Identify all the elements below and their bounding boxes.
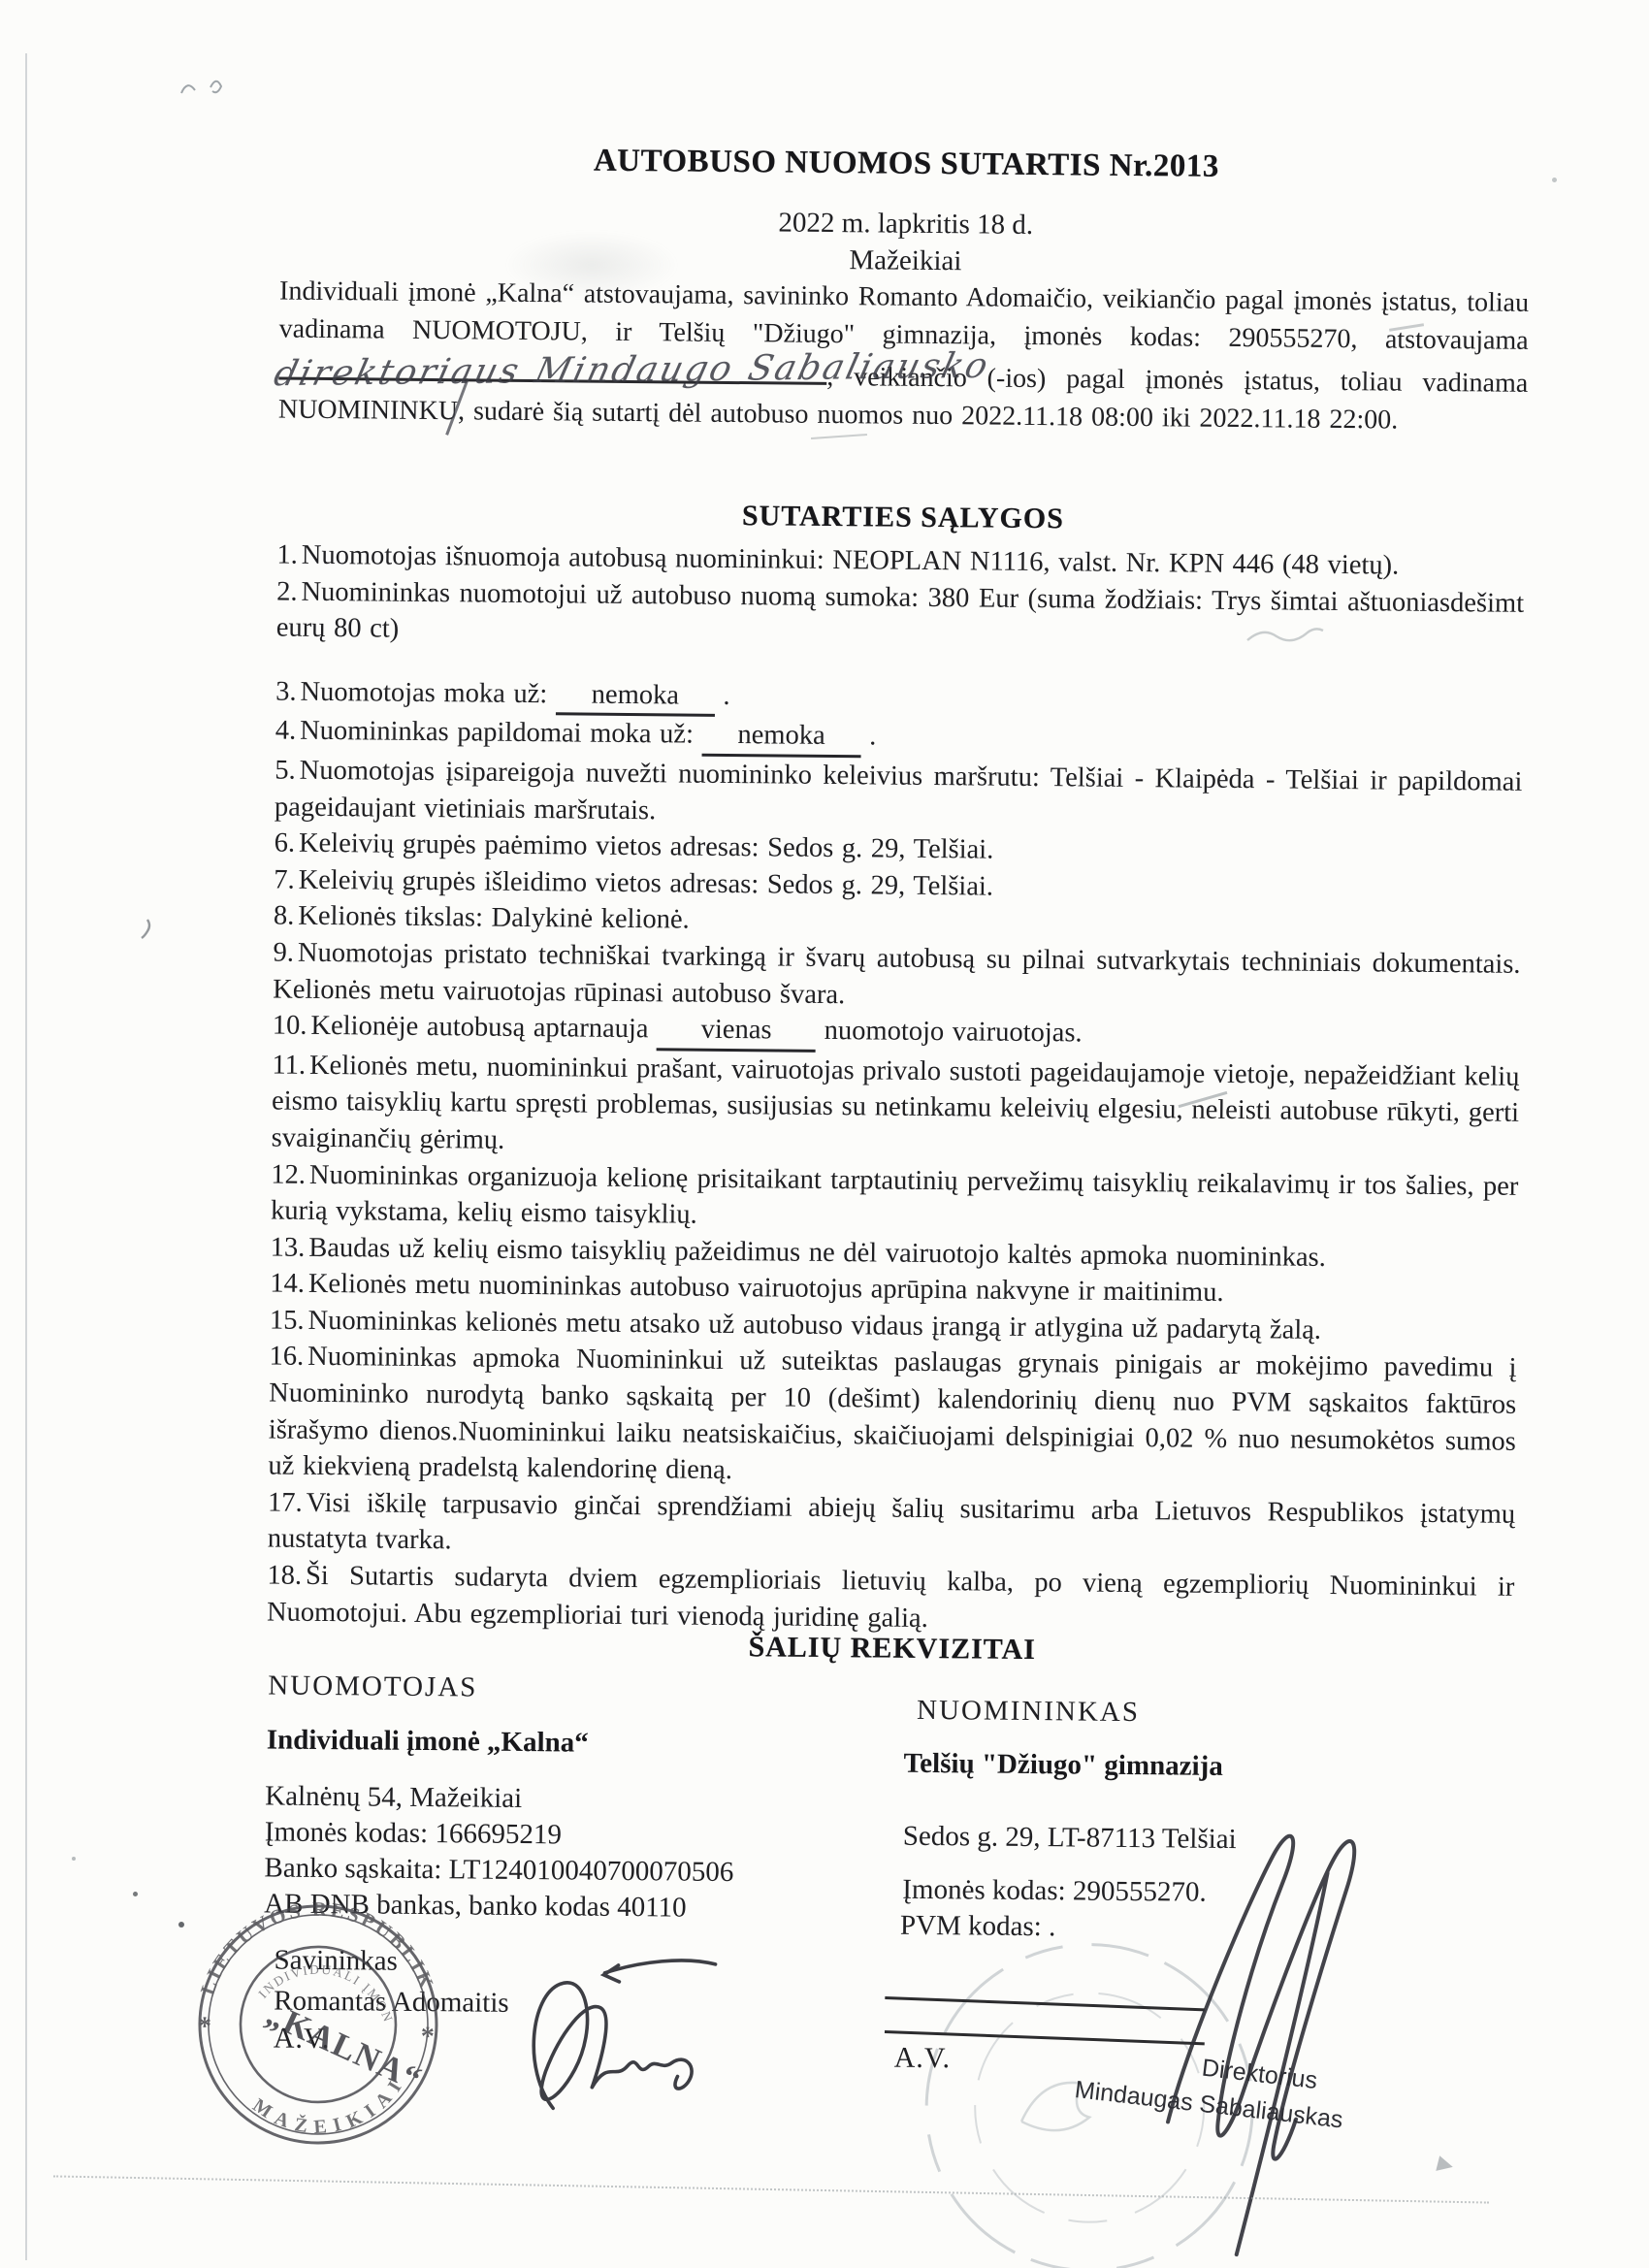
clause-11: 11.Kelionės metu, nuomininkui prašant, v… <box>272 1047 1520 1168</box>
clause-number: 18. <box>267 1560 302 1590</box>
intro-paragraph: Individuali įmonė „Kalna“ atstovaujama, … <box>278 273 1529 440</box>
blank-value: nemoka <box>592 679 680 710</box>
clause-number: 11. <box>272 1050 306 1080</box>
clause-text: Kelionėje autobusą aptarnauja <box>310 1011 648 1044</box>
contract-title: AUTOBUSO NUOMOS SUTARTIS Nr.2013 <box>280 141 1532 188</box>
clause-text: Ši Sutartis sudaryta dviem egzemplioriai… <box>267 1561 1515 1634</box>
pencil-scribble-mid <box>1244 621 1327 648</box>
clause-5: 5.Nuomotojas įsipareigoja nuvežti nuomin… <box>275 752 1523 837</box>
clause-text-after: nuomotojo vairuotojas. <box>824 1016 1083 1049</box>
lessor-role-label: NUOMOTOJAS <box>268 1669 477 1703</box>
clause-text: Kelionės tikslas: Dalykinė kelionė. <box>298 901 690 935</box>
filled-blank: nemoka <box>701 717 860 758</box>
clause-text: Nuomotojas moka už: <box>300 677 547 709</box>
clause-text: Visi iškilę tarpusavio ginčai sprendžiam… <box>268 1488 1516 1556</box>
lessor-company-code: Įmonės kodas: 166695219 <box>265 1816 562 1851</box>
handwritten-representative-name: direktoriaus Mindaugo Sabaliausko <box>271 347 994 393</box>
clause-number: 9. <box>273 937 294 967</box>
clause-text-after: . <box>869 722 876 752</box>
stamp-ring-top-text: LIETUVOS RESPUBLIK <box>195 1897 439 2000</box>
lessor-address: Kalnėnų 54, Mažeikiai <box>265 1780 522 1815</box>
blank-value: vienas <box>701 1015 772 1046</box>
clause-number: 6. <box>275 828 296 859</box>
clause-number: 16. <box>269 1342 304 1372</box>
lessor-round-stamp: LIETUVOS RESPUBLIK MAŽEIKIAI INDIVIDUALI… <box>191 1897 445 2152</box>
clause-text: Keleivių grupės paėmimo vietos adresas: … <box>299 828 994 865</box>
clause-number: 15. <box>270 1305 305 1335</box>
clause-number: 13. <box>271 1232 306 1262</box>
contract-date: 2022 m. lapkritis 18 d. <box>280 203 1532 246</box>
scan-smudge <box>504 231 679 299</box>
clause-17: 17.Visi iškilę tarpusavio ginčai sprendž… <box>268 1484 1516 1570</box>
clause-text: Keleivių grupės išleidimo vietos adresas… <box>299 864 994 901</box>
clause-number: 1. <box>276 539 298 569</box>
blank-value: nemoka <box>737 720 825 751</box>
clause-9: 9.Nuomotojas pristato techniškai tvarkin… <box>273 934 1521 1020</box>
clause-16: 16.Nuomininkas apmoka Nuomininkui už sut… <box>268 1339 1516 1497</box>
clause-text: Nuomininkas papildomai moka už: <box>300 716 694 750</box>
clause-number: 4. <box>275 716 297 746</box>
stamp-star-right: * <box>421 2022 435 2052</box>
stamp-company-name: „KALNA“ <box>261 1994 429 2098</box>
clause-text-after: . <box>723 681 729 711</box>
clause-number: 2. <box>276 576 298 606</box>
lessee-company-name: Telšių "Džiugo" gimnazija <box>903 1748 1223 1783</box>
clause-text: Kelionės metu nuomininkas autobuso vairu… <box>308 1269 1224 1308</box>
clause-text: Nuomininkas nuomotojui už autobuso nuomą… <box>276 576 1525 644</box>
speck-top-right <box>1552 178 1557 182</box>
handwritten-blank-line: direktoriaus Mindaugo Sabaliausko <box>278 348 826 385</box>
clause-12: 12.Nuomininkas organizuoja kelionę prisi… <box>271 1156 1519 1242</box>
clause-number: 12. <box>271 1159 306 1189</box>
clause-text: Nuomotojas įsipareigoja nuvežti nuominin… <box>275 756 1523 826</box>
clause-number: 10. <box>273 1011 307 1041</box>
lessor-bank-account: Banko sąskaita: LT124010040700070506 <box>264 1852 733 1889</box>
clause-text: Kelionės metu, nuomininkui prašant, vair… <box>272 1051 1520 1155</box>
clause-text: Nuomininkas organizuoja kelionę prisitai… <box>271 1159 1519 1229</box>
stamp-star-left: * <box>198 2012 211 2042</box>
clause-number: 14. <box>270 1269 305 1299</box>
svg-text:LIETUVOS RESPUBLIK: LIETUVOS RESPUBLIK <box>195 1897 439 2000</box>
lessor-company-name: Individuali įmonė „Kalna“ <box>267 1724 589 1759</box>
clause-text: Nuomotojas pristato techniškai tvarkingą… <box>273 938 1521 1010</box>
clause-text: Baudas už kelių eismo taisyklių pažeidim… <box>308 1233 1326 1273</box>
speck-3 <box>72 1857 76 1861</box>
clause-number: 17. <box>268 1487 303 1517</box>
clause-text: Nuomininkas kelionės metu atsako už auto… <box>307 1306 1321 1345</box>
terms-heading: SUTARTIES SĄLYGOS <box>277 495 1529 539</box>
speck-2 <box>178 1922 184 1928</box>
intro-text-before-blank: Individuali įmonė „Kalna“ atstovaujama, … <box>279 276 1530 356</box>
lessee-role-label: NUOMININKAS <box>917 1695 1140 1729</box>
filled-blank: vienas <box>657 1011 816 1052</box>
clause-list: 1.Nuomotojas išnuomoja autobusą nuominin… <box>267 536 1525 1642</box>
speck-1 <box>133 1892 138 1896</box>
clause-2: 2.Nuomininkas nuomotojui už autobuso nuo… <box>276 573 1525 659</box>
clause-number: 8. <box>274 901 295 931</box>
clause-text: Nuomotojas išnuomoja autobusą nuomininku… <box>302 540 1400 581</box>
scanned-contract-page: AUTOBUSO NUOMOS SUTARTIS Nr.2013 2022 m.… <box>0 0 1649 2268</box>
clause-text: Nuomininkas apmoka Nuomininkui už suteik… <box>268 1342 1516 1485</box>
lessor-signature <box>502 1945 747 2126</box>
scan-edge-line <box>25 53 27 2260</box>
clause-number: 7. <box>274 864 295 894</box>
pencil-marks-top-left <box>178 72 232 101</box>
clause-number: 5. <box>275 755 296 785</box>
clause-number: 3. <box>275 676 297 706</box>
filled-blank: nemoka <box>556 676 715 717</box>
lessee-seal-mark: A.V. <box>894 2042 952 2076</box>
ink-speck-comma <box>140 916 155 941</box>
